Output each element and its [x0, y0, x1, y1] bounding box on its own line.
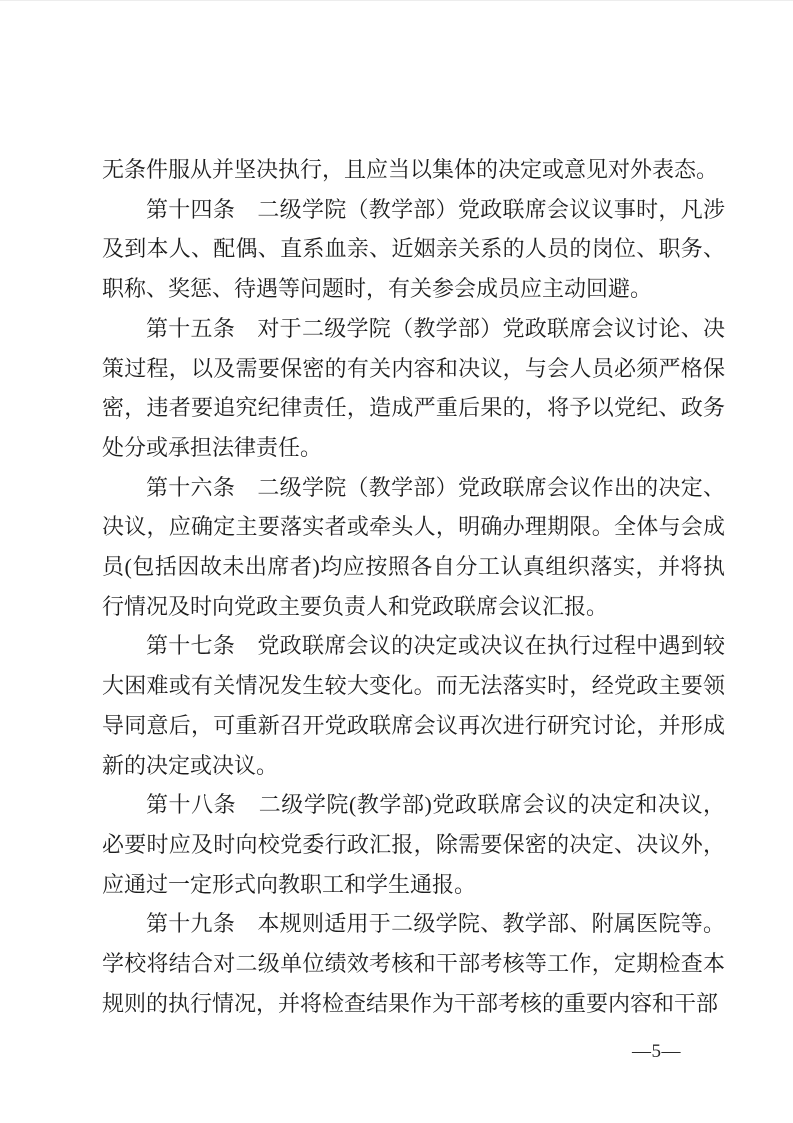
paragraph-article-17: 第十七条 党政联席会议的决定或决议在执行过程中遇到较大困难或有关情况发生较大变化…: [102, 626, 725, 785]
document-body: 无条件服从并坚决执行，且应当以集体的决定或意见对外表态。 第十四条 二级学院（教…: [102, 150, 725, 1023]
page-number: —5—: [632, 1041, 681, 1063]
paragraph-article-19: 第十九条 本规则适用于二级学院、教学部、附属医院等。学校将结合对二级单位绩效考核…: [102, 904, 725, 1023]
paragraph-continuation: 无条件服从并坚决执行，且应当以集体的决定或意见对外表态。: [102, 150, 725, 190]
document-page: 无条件服从并坚决执行，且应当以集体的决定或意见对外表态。 第十四条 二级学院（教…: [0, 0, 793, 1123]
paragraph-article-15: 第十五条 对于二级学院（教学部）党政联席会议讨论、决策过程，以及需要保密的有关内…: [102, 309, 725, 468]
paragraph-article-16: 第十六条 二级学院（教学部）党政联席会议作出的决定、决议，应确定主要落实者或牵头…: [102, 468, 725, 627]
paragraph-article-18: 第十八条 二级学院(教学部)党政联席会议的决定和决议，必要时应及时向校党委行政汇…: [102, 785, 725, 904]
paragraph-article-14: 第十四条 二级学院（教学部）党政联席会议议事时，凡涉及到本人、配偶、直系血亲、近…: [102, 190, 725, 309]
